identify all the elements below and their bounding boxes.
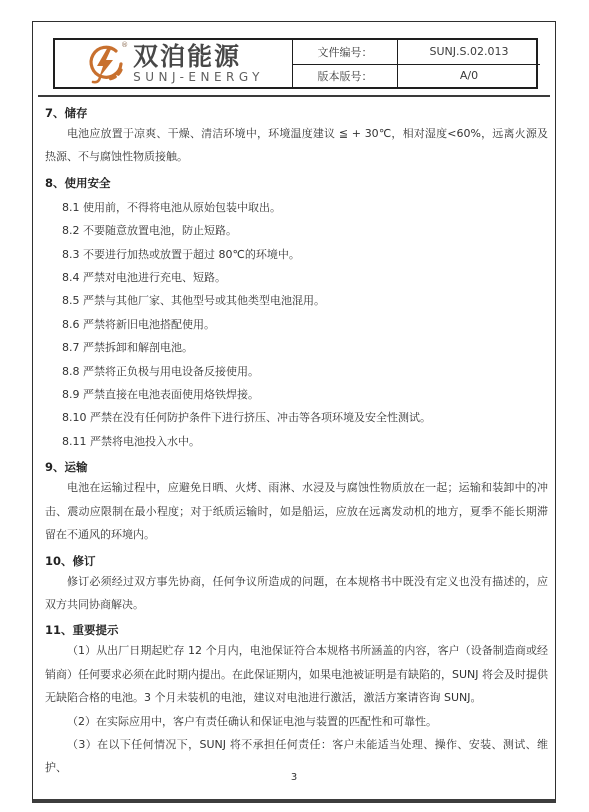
list-item: 8.5 严禁与其他厂家、其他型号或其他类型电池混用。 xyxy=(62,289,548,312)
sunj-logo-icon: ® xyxy=(83,41,127,87)
section-heading-important-notes: 11、重要提示 xyxy=(45,622,548,639)
list-item: 8.7 严禁拆卸和解剖电池。 xyxy=(62,336,548,359)
list-item: 8.1 使用前，不得将电池从原始包装中取出。 xyxy=(62,196,548,219)
header-divider xyxy=(38,95,550,97)
version-label: 版本版号： xyxy=(292,64,397,88)
list-item: 8.8 严禁将正负极与用电设备反接使用。 xyxy=(62,360,548,383)
list-item: 8.3 不要进行加热或放置于超过 80℃的环境中。 xyxy=(62,243,548,266)
paragraph: （2）在实际应用中，客户有责任确认和保证电池与装置的匹配性和可靠性。 xyxy=(45,710,548,733)
list-item: 8.11 严禁将电池投入水中。 xyxy=(62,430,548,453)
document-body: 7、储存 电池应放置于凉爽、干燥、清洁环境中，环境温度建议 ≦ + 30℃，相对… xyxy=(45,102,548,780)
list-item: 8.9 严禁直接在电池表面使用烙铁焊接。 xyxy=(62,383,548,406)
logo-text: 双洎能源 SUNJ-ENERGY xyxy=(133,44,264,83)
section-heading-storage: 7、储存 xyxy=(45,105,548,122)
list-item: 8.4 严禁对电池进行充电、短路。 xyxy=(62,266,548,289)
list-item: 8.10 严禁在没有任何防护条件下进行挤压、冲击等各项环境及安全性测试。 xyxy=(62,406,548,429)
paragraph: 修订必须经过双方事先协商，任何争议所造成的问题，在本规格书中既没有定义也没有描述… xyxy=(45,570,548,617)
document-page: ® 双洎能源 SUNJ-ENERGY 文件编号： SUNJ.S.02.013 版… xyxy=(32,21,556,803)
company-name-cn: 双洎能源 xyxy=(133,44,241,69)
version-value: A/0 xyxy=(397,64,540,88)
doc-number-label: 文件编号： xyxy=(292,40,397,64)
paragraph: 电池应放置于凉爽、干燥、清洁环境中，环境温度建议 ≦ + 30℃，相对湿度<60… xyxy=(45,122,548,169)
list-item: 8.6 严禁将新旧电池搭配使用。 xyxy=(62,313,548,336)
section-heading-revision: 10、修订 xyxy=(45,553,548,570)
paragraph: 电池在运输过程中，应避免日晒、火烤、雨淋、水浸及与腐蚀性物质放在一起；运输和装卸… xyxy=(45,476,548,546)
company-name-en: SUNJ-ENERGY xyxy=(133,71,264,83)
company-logo: ® 双洎能源 SUNJ-ENERGY xyxy=(55,40,292,87)
header-table: ® 双洎能源 SUNJ-ENERGY 文件编号： SUNJ.S.02.013 版… xyxy=(53,38,538,89)
doc-number-value: SUNJ.S.02.013 xyxy=(397,40,540,64)
section-heading-transport: 9、运输 xyxy=(45,459,548,476)
section-heading-usage-safety: 8、使用安全 xyxy=(45,175,548,192)
page-number: 3 xyxy=(33,772,555,783)
registered-trademark-icon: ® xyxy=(121,41,128,49)
list-item: 8.2 不要随意放置电池，防止短路。 xyxy=(62,219,548,242)
paragraph: （1）从出厂日期起贮存 12 个月内，电池保证符合本规格书所涵盖的内容，客户（设… xyxy=(45,639,548,709)
